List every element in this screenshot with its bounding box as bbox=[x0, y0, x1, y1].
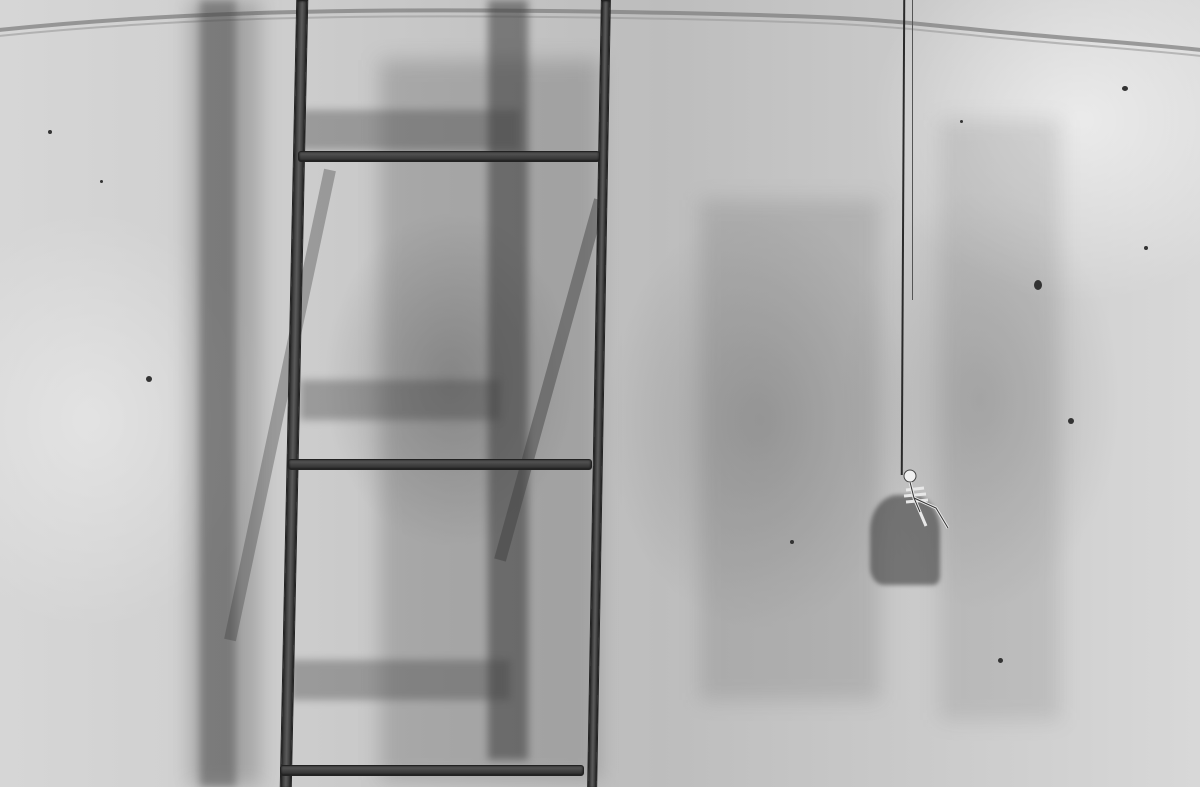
skeleton-figure bbox=[896, 468, 956, 538]
ladder-rung bbox=[280, 765, 584, 776]
ladder-rung bbox=[298, 151, 600, 162]
hanging-cord bbox=[912, 0, 913, 300]
photograph: Black-and-white photograph of a weathere… bbox=[0, 0, 1200, 787]
ladder-rung bbox=[288, 459, 592, 470]
